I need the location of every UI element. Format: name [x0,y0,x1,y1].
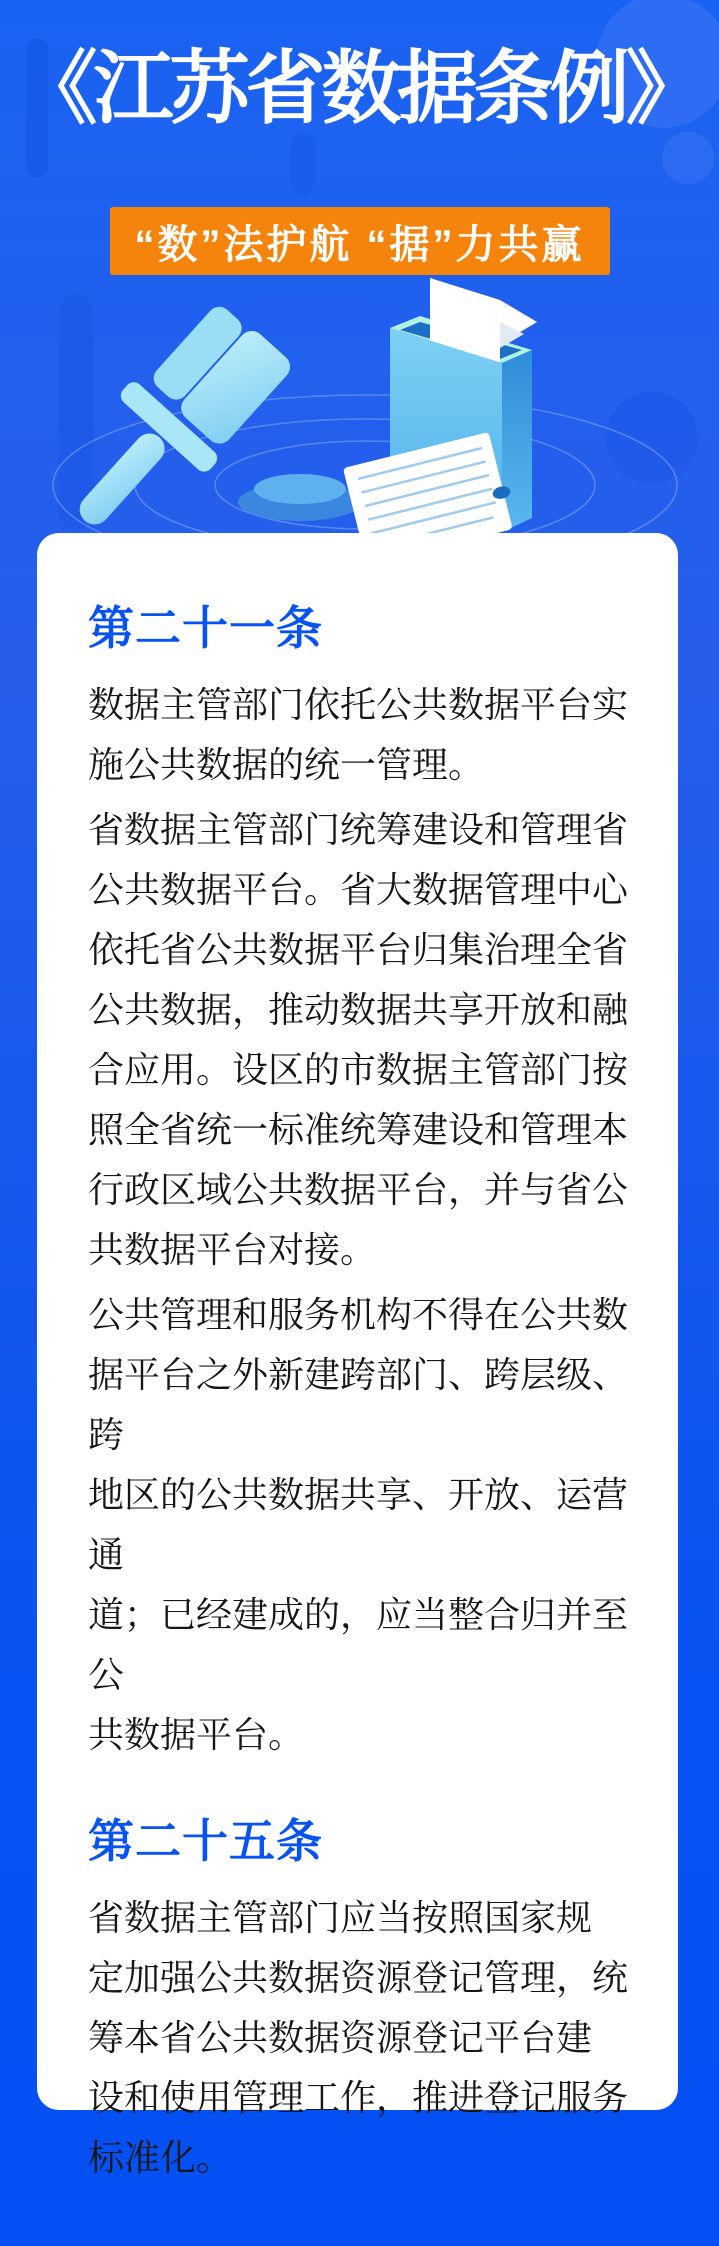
slogan-text: “数”法护航 “据”力共赢 [134,213,584,270]
poster-title: 《江苏省数据条例》 [0,44,719,134]
content-card: 第二十一条 数据主管部门依托公共数据平台实 施公共数据的统一管理。 省数据主管部… [37,533,678,2110]
article-25-paragraph-1: 省数据主管部门应当按照国家规 定加强公共数据资源登记管理，统 筹本省公共数据资源… [88,1888,641,2188]
pedestal [238,474,362,521]
article-heading-25: 第二十五条 [88,1818,641,1864]
background-circle-decoration [662,132,714,184]
article-21-paragraph-1: 数据主管部门依托公共数据平台实 施公共数据的统一管理。 [88,675,641,795]
slogan-banner: “数”法护航 “据”力共赢 [110,207,610,275]
article-heading-21: 第二十一条 [88,605,641,651]
background-bar-decoration [290,133,316,195]
article-21-paragraph-3: 公共管理和服务机构不得在公共数 据平台之外新建跨部门、跨层级、跨 地区的公共数据… [88,1285,641,1765]
law-illustration [0,270,719,536]
article-21-paragraph-2: 省数据主管部门统筹建设和管理省 公共数据平台。省大数据管理中心 依托省公共数据平… [88,800,641,1280]
poster: 《江苏省数据条例》 “数”法护航 “据”力共赢 [0,0,719,2246]
law-book-icon [343,278,537,536]
